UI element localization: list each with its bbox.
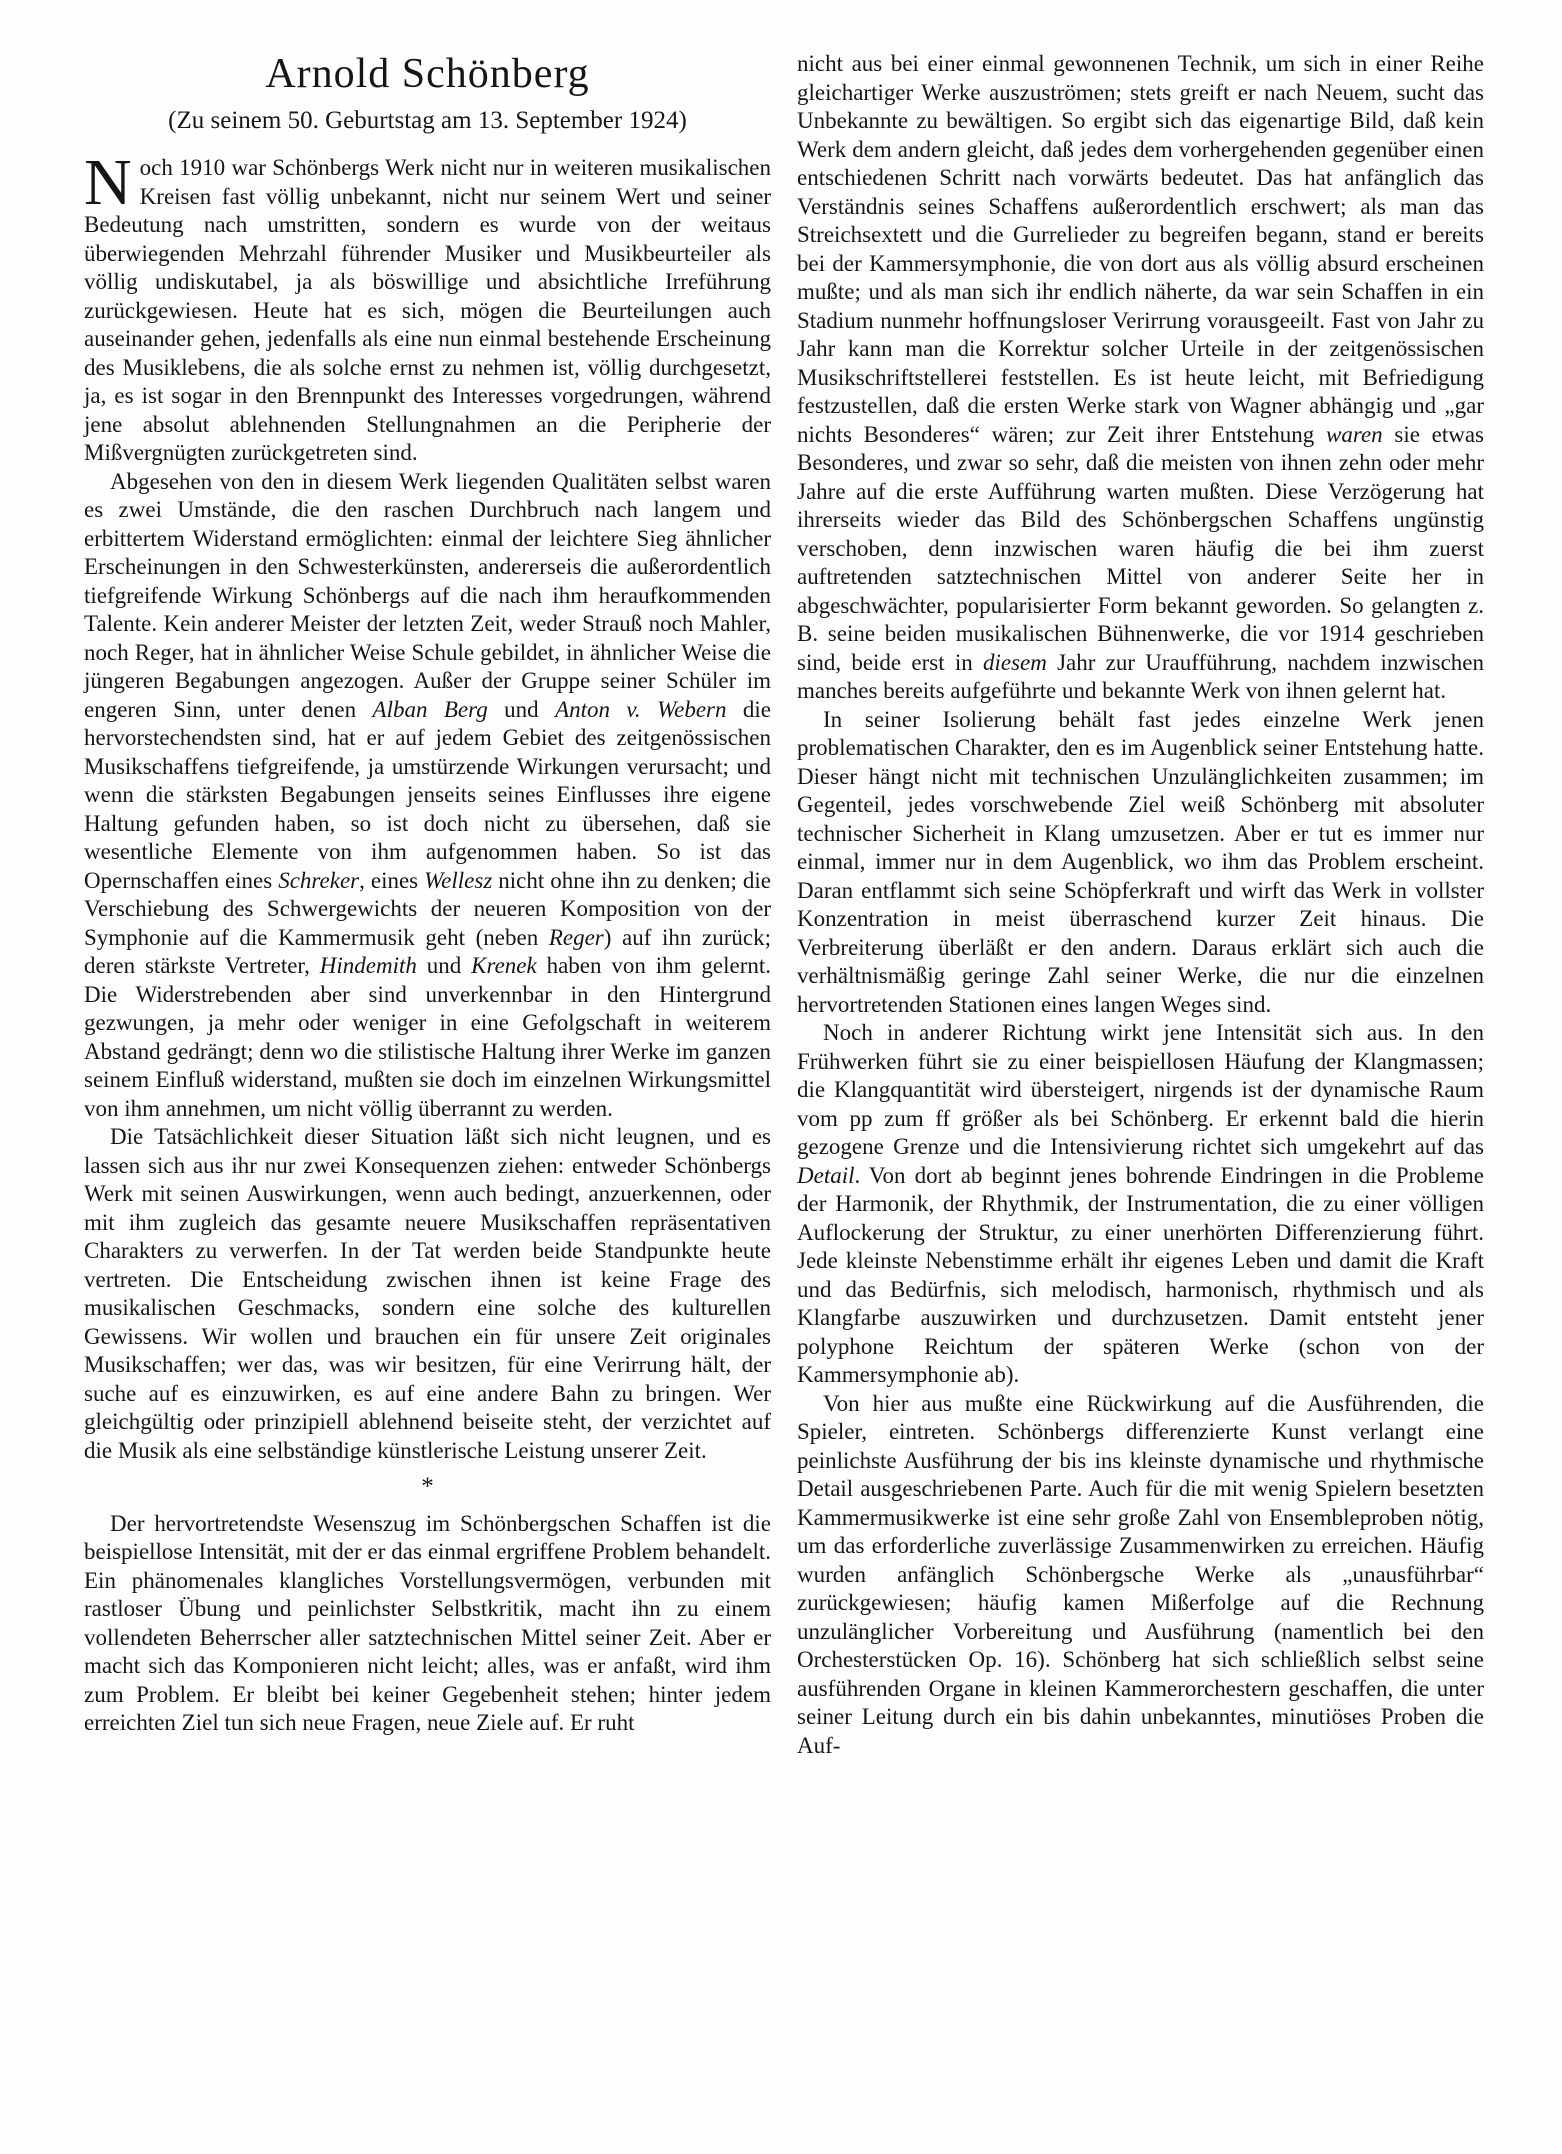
text-run: Abgesehen von den in diesem Werk liegend… (84, 469, 771, 722)
italic-run: diesem (983, 650, 1047, 675)
text-run: und (488, 697, 555, 722)
text-run: sie etwas Besonderes, und zwar so sehr, … (797, 422, 1484, 675)
paragraph: Noch in anderer Richtung wirkt jene Inte… (797, 1019, 1484, 1390)
italic-run: Schreker (278, 868, 359, 893)
page-title: Arnold Schönberg (84, 50, 771, 98)
text-run: Noch in anderer Richtung wirkt jene Inte… (797, 1020, 1484, 1159)
page-subtitle: (Zu seinem 50. Geburtstag am 13. Septemb… (84, 106, 771, 136)
text-run: und (417, 953, 471, 978)
right-column: nicht aus bei einer einmal gewonnenen Te… (797, 50, 1484, 1760)
paragraph: Die Tatsächlichkeit dieser Situation läß… (84, 1123, 771, 1465)
italic-run: waren (1326, 422, 1383, 447)
text-run: . Von dort ab beginnt jenes bohrende Ein… (797, 1163, 1484, 1388)
drop-cap: N (84, 154, 140, 209)
text-run: haben von ihm gelernt. Die Widerstrebend… (84, 953, 771, 1121)
italic-run: Hindemith (320, 953, 417, 978)
paragraph: nicht aus bei einer einmal gewonnenen Te… (797, 50, 1484, 706)
paragraph: Noch 1910 war Schönbergs Werk nicht nur … (84, 154, 771, 468)
paragraph: Von hier aus mußte eine Rückwirkung auf … (797, 1390, 1484, 1761)
text-run: die hervorstechendsten sind, hat er auf … (84, 697, 771, 893)
text-run: , eines (359, 868, 424, 893)
italic-run: Anton v. Webern (555, 697, 726, 722)
italic-run: Detail (797, 1163, 855, 1188)
article-header: Arnold Schönberg (Zu seinem 50. Geburtst… (84, 50, 771, 136)
text-run: Die Tatsächlichkeit dieser Situation läß… (84, 1124, 771, 1463)
document-page: Arnold Schönberg (Zu seinem 50. Geburtst… (0, 0, 1562, 2154)
paragraph: In seiner Isolierung behält fast jedes e… (797, 706, 1484, 1020)
text-run: Von hier aus mußte eine Rückwirkung auf … (797, 1391, 1484, 1758)
text-run: och 1910 war Schönbergs Werk nicht nur i… (84, 155, 771, 465)
text-run: nicht aus bei einer einmal gewonnenen Te… (797, 51, 1484, 447)
paragraph: Abgesehen von den in diesem Werk liegend… (84, 468, 771, 1124)
italic-run: Alban Berg (373, 697, 488, 722)
paragraph: Der hervortretendste Wesenszug im Schönb… (84, 1510, 771, 1738)
section-separator: * (84, 1473, 771, 1502)
italic-run: Krenek (471, 953, 537, 978)
italic-run: Reger (549, 925, 604, 950)
text-run: Der hervortretendste Wesenszug im Schönb… (84, 1511, 771, 1736)
text-run: In seiner Isolierung behält fast jedes e… (797, 707, 1484, 1017)
left-column: Arnold Schönberg (Zu seinem 50. Geburtst… (84, 50, 771, 1760)
italic-run: Wellesz (424, 868, 492, 893)
two-column-layout: Arnold Schönberg (Zu seinem 50. Geburtst… (0, 0, 1562, 1760)
